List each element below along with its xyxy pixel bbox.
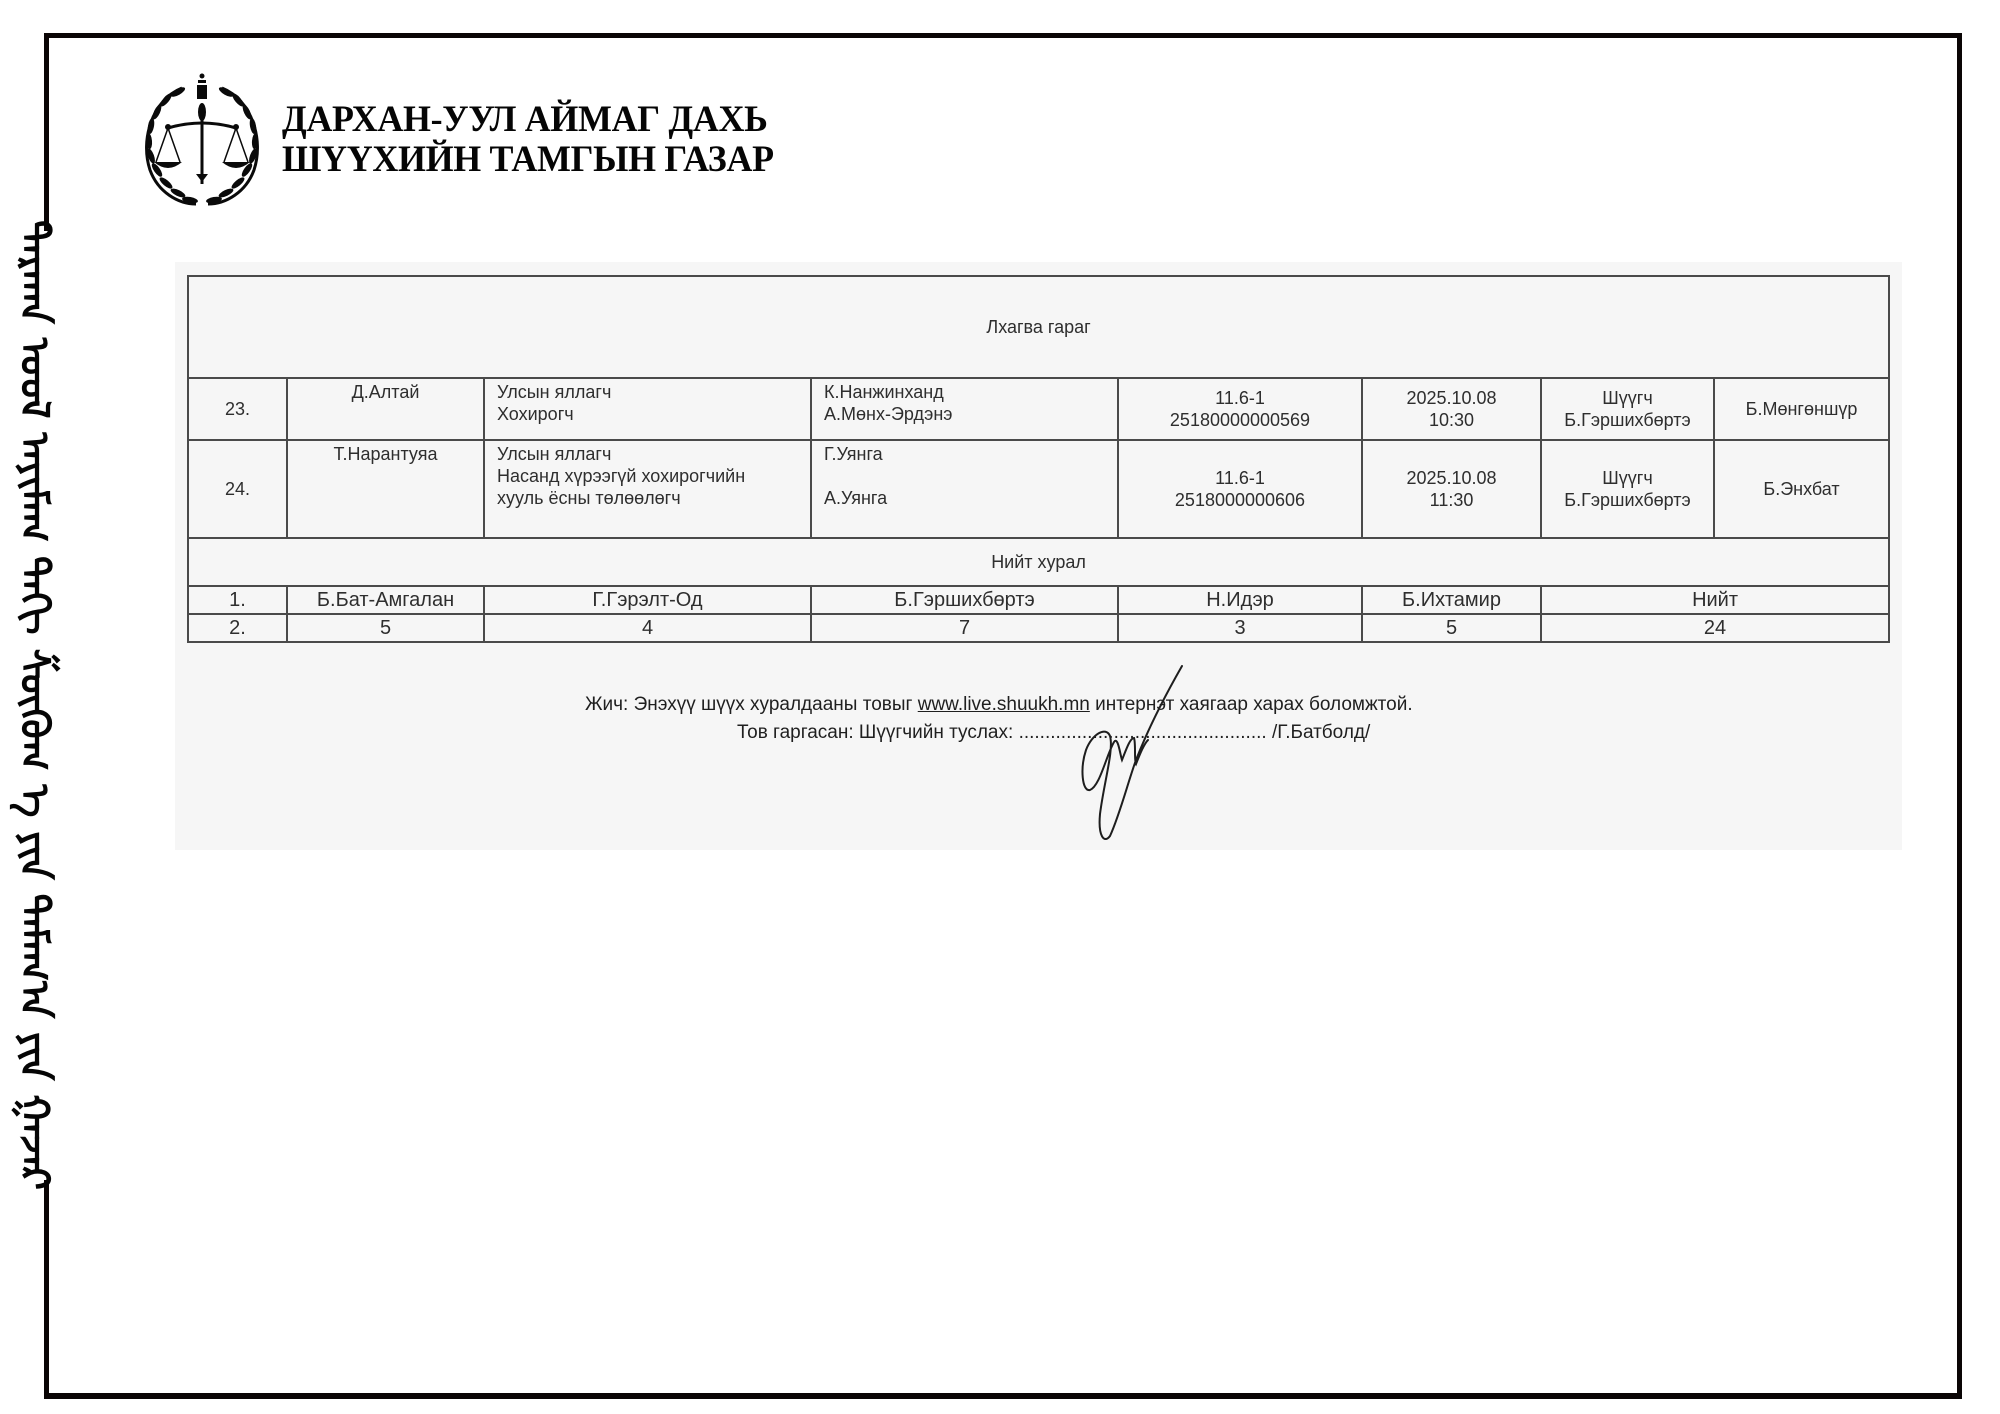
party-name: Г.Уянга — [824, 443, 1105, 465]
party-role: Улсын яллагч — [497, 443, 798, 465]
page-border-left-top — [44, 33, 49, 231]
day-header-row: Лхагва гараг — [188, 276, 1889, 378]
totals-judge-names-row: 1. Б.Бат-Амгалан Г.Гэрэлт-Од Б.Гэршихбөр… — [188, 586, 1889, 614]
hearing-datetime: 2025.10.08 11:30 — [1362, 440, 1541, 538]
case-number: 24. — [188, 440, 287, 538]
total-count: 24 — [1541, 614, 1889, 642]
hearing-count: 7 — [811, 614, 1118, 642]
signature-icon — [1070, 664, 1190, 844]
judge-name: Б.Гэршихбөртэ — [1554, 489, 1701, 511]
organization-title-line1: ДАРХАН-УУЛ АЙМАГ ДАХЬ — [282, 100, 774, 140]
party-names: Г.Уянга А.Уянга — [811, 440, 1118, 538]
assistant-name: /Г.Батболд/ — [1267, 722, 1371, 743]
judge-name: Б.Ихтамир — [1362, 586, 1541, 614]
note-prefix: Жич: Энэхүү шүүх хуралдааны товыг — [585, 694, 918, 715]
vertical-mongolian-script: ᠳᠠᠷᠬᠠᠨ ᠤᠤᠯ ᠠᠶᠢᠮᠠᠭ ᠳᠠᠬᠢ ᠱᠦᠭᠦᠬ ᠡ ᠶᠢᠨ ᠲᠠᠮᠠᠭ… — [8, 232, 80, 1178]
table-row: 23. Д.Алтай Улсын яллагч Хохирогч К.Нанж… — [188, 378, 1889, 440]
footer-note: Жич: Энэхүү шүүх хуралдааны товыг www.li… — [585, 694, 1413, 716]
organization-title: ДАРХАН-УУЛ АЙМАГ ДАХЬ ШҮҮХИЙН ТАМГЫН ГАЗ… — [282, 100, 789, 180]
party-role: Хохирогч — [497, 403, 798, 425]
judge: Шүүгч Б.Гэршихбөртэ — [1541, 440, 1714, 538]
live-site-link[interactable]: www.live.shuukh.mn — [918, 694, 1090, 715]
table-row: 24. Т.Нарантуяа Улсын яллагч Насанд хүрэ… — [188, 440, 1889, 538]
hearing-count: 5 — [1362, 614, 1541, 642]
hearing-datetime: 2025.10.08 10:30 — [1362, 378, 1541, 440]
party-name: К.Нанжинханд — [824, 381, 1105, 403]
hearing-count: 3 — [1118, 614, 1362, 642]
vertical-script-text: ᠳᠠᠷᠬᠠᠨ ᠤᠤᠯ ᠠᠶᠢᠮᠠᠭ ᠳᠠᠬᠢ ᠱᠦᠭᠦᠬ ᠡ ᠶᠢᠨ ᠲᠠᠮᠠᠭ… — [9, 220, 79, 1190]
hearing-schedule-table: Лхагва гараг 23. Д.Алтай Улсын яллагч Хо… — [187, 275, 1890, 643]
case-number: 23. — [188, 378, 287, 440]
hearing-count: 5 — [287, 614, 484, 642]
page-border-top — [44, 33, 1962, 38]
court-emblem-icon — [138, 70, 266, 210]
party-name: А.Уянга — [824, 487, 1105, 509]
organization-title-line2: ШҮҮХИЙН ТАМГЫН ГАЗАР — [282, 140, 774, 180]
article: 11.6-1 — [1131, 467, 1349, 489]
row-number: 2. — [188, 614, 287, 642]
page-border-left-bottom — [44, 1180, 49, 1399]
hearing-date: 2025.10.08 — [1375, 467, 1528, 489]
party-name: А.Мөнх-Эрдэнэ — [824, 403, 1105, 425]
judge: Шүүгч Б.Гэршихбөртэ — [1541, 378, 1714, 440]
court-secretary: Б.Мөнгөншүр — [1714, 378, 1889, 440]
court-secretary: Б.Энхбат — [1714, 440, 1889, 538]
case-id: 2518000000606 — [1131, 489, 1349, 511]
party-role: хууль ёсны төлөөлөгч — [497, 487, 798, 509]
party-roles: Улсын яллагч Хохирогч — [484, 378, 811, 440]
defendant-name: Т.Нарантуяа — [287, 440, 484, 538]
page-border-right — [1957, 33, 1962, 1399]
case-article-id: 11.6-1 25180000000569 — [1118, 378, 1362, 440]
day-label: Лхагва гараг — [188, 276, 1889, 378]
judge-name: Б.Бат-Амгалан — [287, 586, 484, 614]
judge-name: Б.Гэршихбөртэ — [811, 586, 1118, 614]
judge-title: Шүүгч — [1554, 387, 1701, 409]
case-article-id: 11.6-1 2518000000606 — [1118, 440, 1362, 538]
party-roles: Улсын яллагч Насанд хүрээгүй хохирогчийн… — [484, 440, 811, 538]
party-role: Улсын яллагч — [497, 381, 798, 403]
defendant-name: Д.Алтай — [287, 378, 484, 440]
hearing-date: 2025.10.08 — [1375, 387, 1528, 409]
hearing-count: 4 — [484, 614, 811, 642]
page-border-bottom — [44, 1393, 1962, 1399]
party-names: К.Нанжинханд А.Мөнх-Эрдэнэ — [811, 378, 1118, 440]
party-role: Насанд хүрээгүй хохирогчийн — [497, 465, 798, 487]
judge-name: Г.Гэрэлт-Од — [484, 586, 811, 614]
case-id: 25180000000569 — [1131, 409, 1349, 431]
judge-name: Б.Гэршихбөртэ — [1554, 409, 1701, 431]
hearing-time: 10:30 — [1375, 409, 1528, 431]
totals-label: Нийт хурал — [188, 538, 1889, 586]
prepared-label: Тов гаргасан: Шүүгчийн туслах: — [737, 722, 1019, 743]
totals-header-row: Нийт хурал — [188, 538, 1889, 586]
total-label: Нийт — [1541, 586, 1889, 614]
row-number: 1. — [188, 586, 287, 614]
prepared-by-line: Тов гаргасан: Шүүгчийн туслах: .........… — [737, 722, 1370, 744]
hearing-time: 11:30 — [1375, 489, 1528, 511]
article: 11.6-1 — [1131, 387, 1349, 409]
judge-title: Шүүгч — [1554, 467, 1701, 489]
totals-counts-row: 2. 5 4 7 3 5 24 — [188, 614, 1889, 642]
judge-name: Н.Идэр — [1118, 586, 1362, 614]
